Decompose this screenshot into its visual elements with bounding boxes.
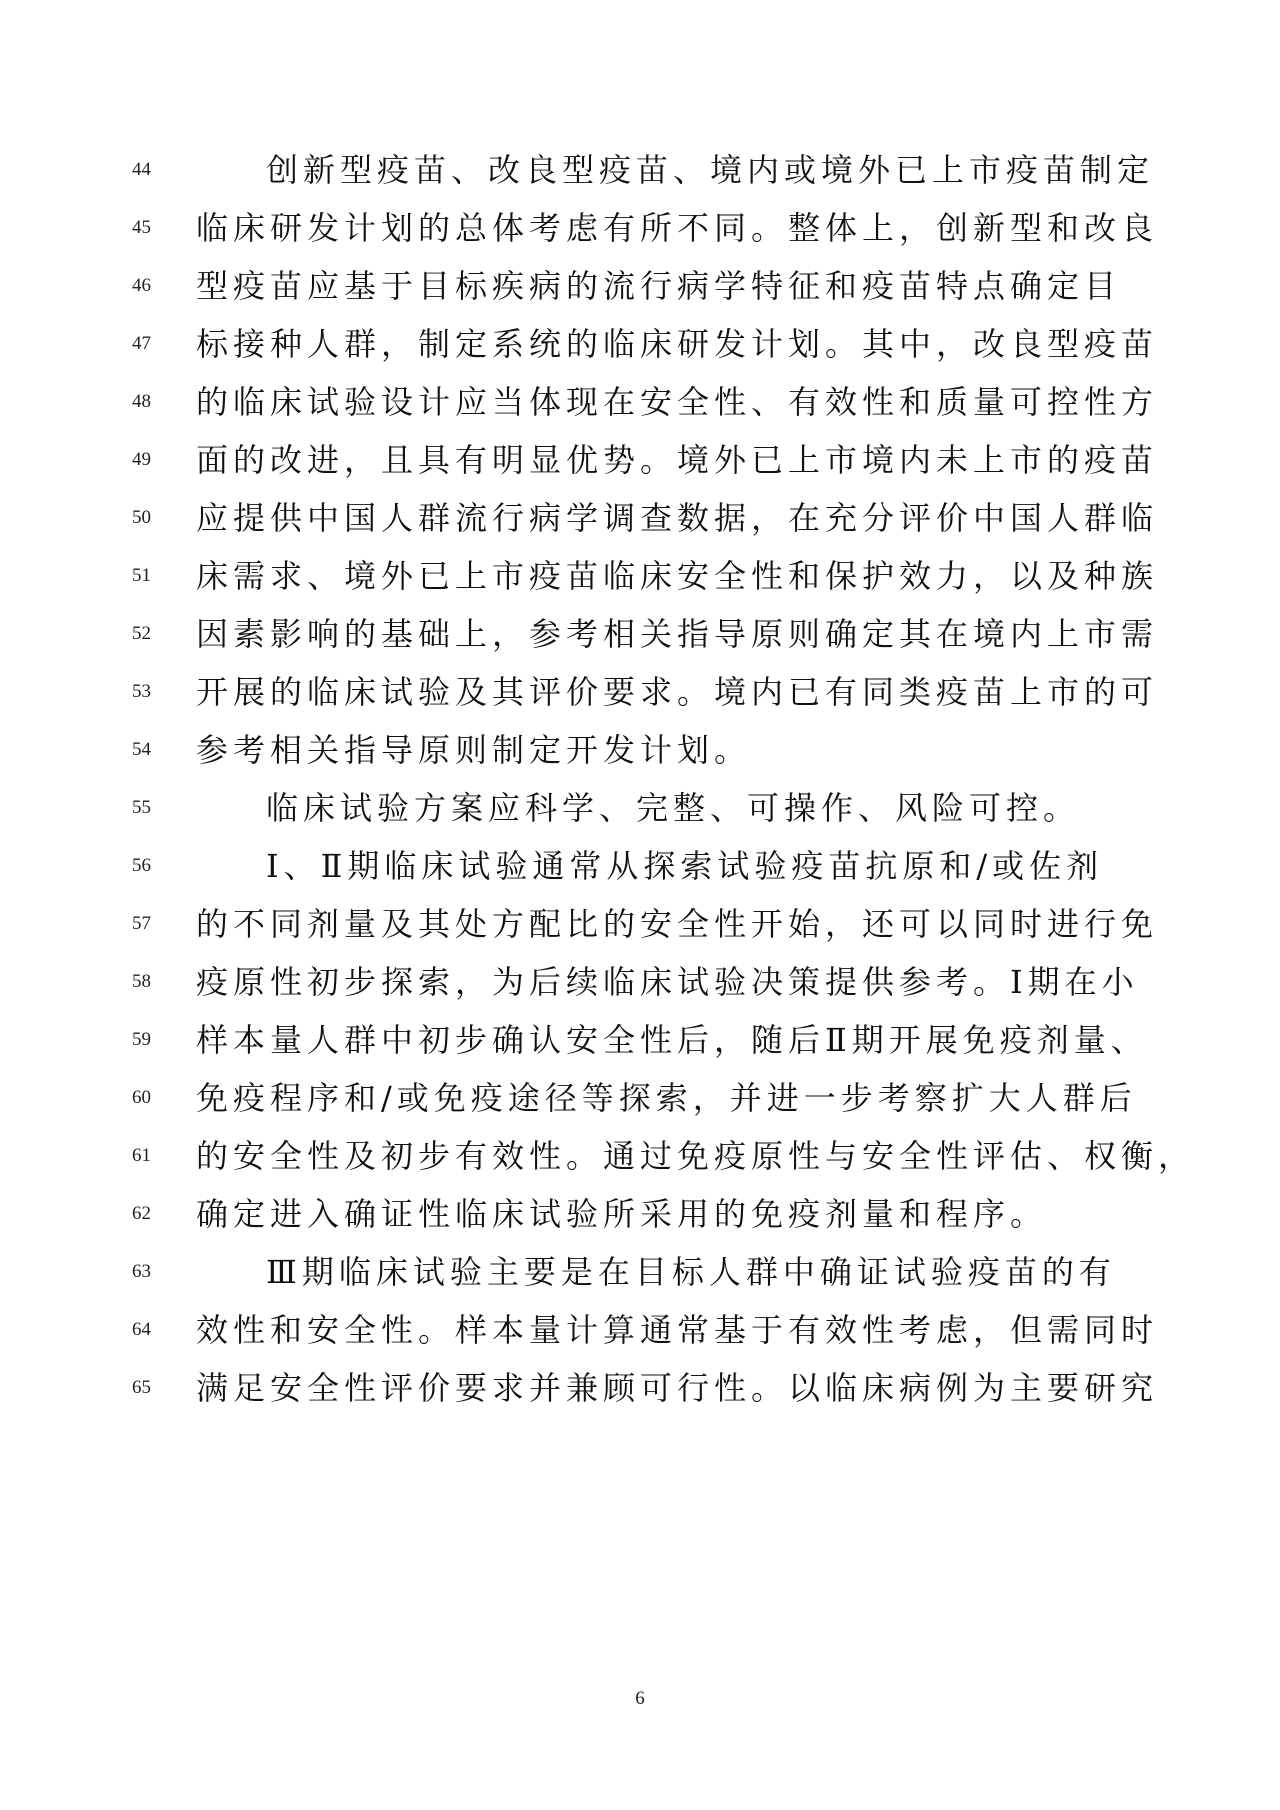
line-text: 确定进入确证性临床试验所采用的免疫剂量和程序。 xyxy=(196,1185,1096,1243)
line-number: 45 xyxy=(132,199,172,257)
line-number: 63 xyxy=(132,1243,172,1301)
text-line: 56 Ⅰ、Ⅱ期临床试验通常从探索试验疫苗抗原和/或佐剂 xyxy=(0,837,1280,895)
line-number: 64 xyxy=(132,1301,172,1359)
line-number: 65 xyxy=(132,1359,172,1417)
text-line: 60 免疫程序和/或免疫途径等探索，并进一步考察扩大人群后 xyxy=(0,1069,1280,1127)
line-number: 48 xyxy=(132,373,172,431)
text-line: 44 创新型疫苗、改良型疫苗、境内或境外已上市疫苗制定 xyxy=(0,141,1280,199)
text-line: 59 样本量人群中初步确认安全性后，随后Ⅱ期开展免疫剂量、 xyxy=(0,1011,1280,1069)
text-line: 50 应提供中国人群流行病学调查数据，在充分评价中国人群临 xyxy=(0,489,1280,547)
line-text: 应提供中国人群流行病学调查数据，在充分评价中国人群临 xyxy=(196,489,1096,547)
text-line: 61 的安全性及初步有效性。通过免疫原性与安全性评估、权衡， xyxy=(0,1127,1280,1185)
text-line: 54 参考相关指导原则制定开发计划。 xyxy=(0,721,1280,779)
line-number: 51 xyxy=(132,547,172,605)
line-number: 47 xyxy=(132,315,172,373)
line-text: Ⅲ期临床试验主要是在目标人群中确证试验疫苗的有 xyxy=(266,1243,1166,1301)
line-text: Ⅰ、Ⅱ期临床试验通常从探索试验疫苗抗原和/或佐剂 xyxy=(266,837,1166,895)
line-text: 临床试验方案应科学、完整、可操作、风险可控。 xyxy=(266,779,1166,837)
line-text: 临床研发计划的总体考虑有所不同。整体上，创新型和改良 xyxy=(196,199,1096,257)
text-line: 49 面的改进，且具有明显优势。境外已上市境内未上市的疫苗 xyxy=(0,431,1280,489)
line-number: 57 xyxy=(132,895,172,953)
line-number: 52 xyxy=(132,605,172,663)
line-text: 效性和安全性。样本量计算通常基于有效性考虑，但需同时 xyxy=(196,1301,1096,1359)
line-text: 满足安全性评价要求并兼顾可行性。以临床病例为主要研究 xyxy=(196,1359,1096,1417)
line-number: 62 xyxy=(132,1185,172,1243)
document-page: 44 创新型疫苗、改良型疫苗、境内或境外已上市疫苗制定 45 临床研发计划的总体… xyxy=(0,0,1280,1810)
text-line: 48 的临床试验设计应当体现在安全性、有效性和质量可控性方 xyxy=(0,373,1280,431)
text-line: 51 床需求、境外已上市疫苗临床安全性和保护效力，以及种族 xyxy=(0,547,1280,605)
line-number: 61 xyxy=(132,1127,172,1185)
text-line: 52 因素影响的基础上，参考相关指导原则确定其在境内上市需 xyxy=(0,605,1280,663)
line-number: 60 xyxy=(132,1069,172,1127)
line-text: 床需求、境外已上市疫苗临床安全性和保护效力，以及种族 xyxy=(196,547,1096,605)
text-line: 57 的不同剂量及其处方配比的安全性开始，还可以同时进行免 xyxy=(0,895,1280,953)
line-text: 样本量人群中初步确认安全性后，随后Ⅱ期开展免疫剂量、 xyxy=(196,1011,1096,1069)
text-line: 65 满足安全性评价要求并兼顾可行性。以临床病例为主要研究 xyxy=(0,1359,1280,1417)
text-line: 45 临床研发计划的总体考虑有所不同。整体上，创新型和改良 xyxy=(0,199,1280,257)
text-line: 64 效性和安全性。样本量计算通常基于有效性考虑，但需同时 xyxy=(0,1301,1280,1359)
line-text: 的不同剂量及其处方配比的安全性开始，还可以同时进行免 xyxy=(196,895,1096,953)
line-number: 49 xyxy=(132,431,172,489)
text-line: 53 开展的临床试验及其评价要求。境内已有同类疫苗上市的可 xyxy=(0,663,1280,721)
text-line: 46 型疫苗应基于目标疾病的流行病学特征和疫苗特点确定目 xyxy=(0,257,1280,315)
text-line: 47 标接种人群，制定系统的临床研发计划。其中，改良型疫苗 xyxy=(0,315,1280,373)
line-text: 免疫程序和/或免疫途径等探索，并进一步考察扩大人群后 xyxy=(196,1069,1096,1127)
line-text: 参考相关指导原则制定开发计划。 xyxy=(196,721,1096,779)
text-line: 55 临床试验方案应科学、完整、可操作、风险可控。 xyxy=(0,779,1280,837)
line-text: 的临床试验设计应当体现在安全性、有效性和质量可控性方 xyxy=(196,373,1096,431)
line-number: 46 xyxy=(132,257,172,315)
line-number: 50 xyxy=(132,489,172,547)
text-line: 58 疫原性初步探索，为后续临床试验决策提供参考。Ⅰ期在小 xyxy=(0,953,1280,1011)
line-number: 53 xyxy=(132,663,172,721)
line-number: 55 xyxy=(132,779,172,837)
text-line: 62 确定进入确证性临床试验所采用的免疫剂量和程序。 xyxy=(0,1185,1280,1243)
line-number: 58 xyxy=(132,953,172,1011)
line-number: 44 xyxy=(132,141,172,199)
line-number: 56 xyxy=(132,837,172,895)
text-line: 63 Ⅲ期临床试验主要是在目标人群中确证试验疫苗的有 xyxy=(0,1243,1280,1301)
line-text: 因素影响的基础上，参考相关指导原则确定其在境内上市需 xyxy=(196,605,1096,663)
line-text: 创新型疫苗、改良型疫苗、境内或境外已上市疫苗制定 xyxy=(266,141,1166,199)
line-number: 59 xyxy=(132,1011,172,1069)
line-text: 型疫苗应基于目标疾病的流行病学特征和疫苗特点确定目 xyxy=(196,257,1096,315)
line-number: 54 xyxy=(132,721,172,779)
line-text: 面的改进，且具有明显优势。境外已上市境内未上市的疫苗 xyxy=(196,431,1096,489)
page-number: 6 xyxy=(0,1688,1280,1710)
line-text: 开展的临床试验及其评价要求。境内已有同类疫苗上市的可 xyxy=(196,663,1096,721)
line-text: 标接种人群，制定系统的临床研发计划。其中，改良型疫苗 xyxy=(196,315,1096,373)
line-text: 疫原性初步探索，为后续临床试验决策提供参考。Ⅰ期在小 xyxy=(196,953,1096,1011)
line-text: 的安全性及初步有效性。通过免疫原性与安全性评估、权衡， xyxy=(196,1127,1096,1185)
